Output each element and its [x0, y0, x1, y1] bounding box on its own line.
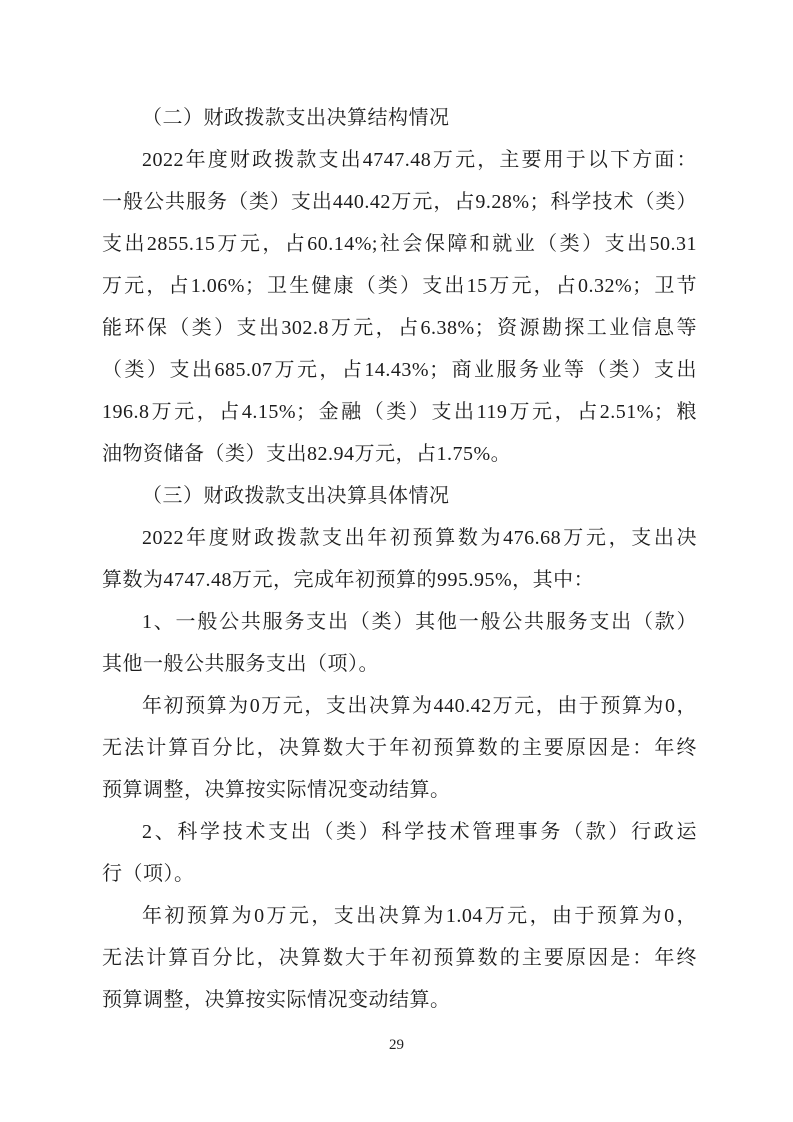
document-page: （二）财政拨款支出决算结构情况2022年度财政拨款支出4747.48万元，主要用…: [0, 0, 793, 1122]
paragraph-line: 能环保（类）支出302.8万元，占6.38%；资源勘探工业信息等: [102, 307, 697, 349]
paragraph-line: 2022年度财政拨款支出年初预算数为476.68万元，支出决: [102, 517, 697, 559]
section-heading-line: （三）财政拨款支出决算具体情况: [102, 475, 697, 517]
paragraph-line: 年初预算为0万元，支出决算为440.42万元，由于预算为0，: [102, 685, 697, 727]
document-body: （二）财政拨款支出决算结构情况2022年度财政拨款支出4747.48万元，主要用…: [102, 97, 697, 1021]
paragraph-line: 1、一般公共服务支出（类）其他一般公共服务支出（款）: [102, 601, 697, 643]
paragraph-line: 无法计算百分比，决算数大于年初预算数的主要原因是：年终: [102, 727, 697, 769]
paragraph-line: 其他一般公共服务支出（项）。: [102, 643, 697, 685]
paragraph-line: 行（项）。: [102, 853, 697, 895]
paragraph-line: 2、科学技术支出（类）科学技术管理事务（款）行政运: [102, 811, 697, 853]
page-number: 29: [0, 1036, 793, 1054]
paragraph-line: 无法计算百分比，决算数大于年初预算数的主要原因是：年终: [102, 937, 697, 979]
paragraph-line: （类）支出685.07万元，占14.43%；商业服务业等（类）支出: [102, 349, 697, 391]
paragraph-line: 万元，占1.06%；卫生健康（类）支出15万元，占0.32%；卫节: [102, 265, 697, 307]
paragraph-line: 算数为4747.48万元，完成年初预算的995.95%，其中：: [102, 559, 697, 601]
paragraph-line: 2022年度财政拨款支出4747.48万元，主要用于以下方面：: [102, 139, 697, 181]
paragraph-line: 预算调整，决算按实际情况变动结算。: [102, 979, 697, 1021]
paragraph-line: 支出2855.15万元，占60.14%;社会保障和就业（类）支出50.31: [102, 223, 697, 265]
paragraph-line: 一般公共服务（类）支出440.42万元，占9.28%；科学技术（类）: [102, 181, 697, 223]
paragraph-line: 油物资储备（类）支出82.94万元，占1.75%。: [102, 433, 697, 475]
paragraph-line: 年初预算为0万元，支出决算为1.04万元，由于预算为0，: [102, 895, 697, 937]
paragraph-line: 196.8万元，占4.15%；金融（类）支出119万元，占2.51%；粮: [102, 391, 697, 433]
paragraph-line: 预算调整，决算按实际情况变动结算。: [102, 769, 697, 811]
section-heading-line: （二）财政拨款支出决算结构情况: [102, 97, 697, 139]
